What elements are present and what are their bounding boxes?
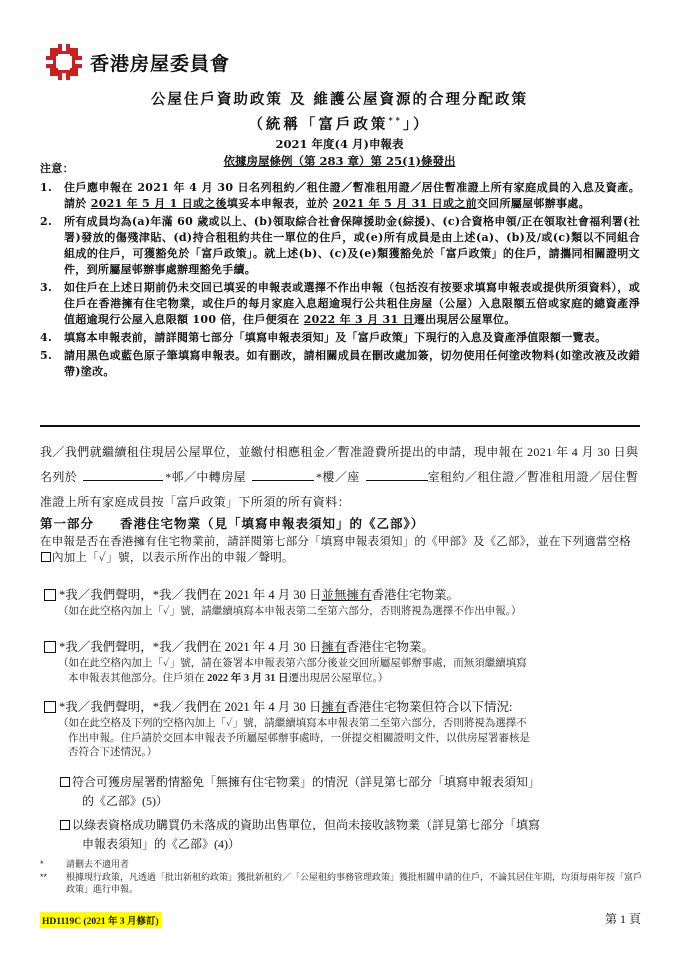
option-note-line: 本申報表其他部分。住戶須在 2022 年 3 月 31 日遷出現居公屋單位。） [58,672,634,687]
section-divider [40,425,640,427]
declaration-option-owns-property-exempt: *我／我們聲明，*我／我們在 2021 年 4 月 30 日擁有香港住宅物業但符… [44,698,644,761]
option-emphasis: 並無擁有 [322,588,372,602]
option-emphasis: 擁有 [322,700,347,714]
note-number: 4. [40,330,64,346]
option-note: （如在此空格內加上「✓」號，請繼續填寫本申報表第二至第六部分，否則將視為選擇不作… [44,605,644,620]
option-note-line: 作出申報。住戶請於交回本申報表予所屬屋邨辦事處時，一併提交相關證明文件，以供房屋… [58,732,634,747]
option-text: *我／我們聲明，*我／我們在 2021 年 4 月 30 日擁有香港住宅物業。 [59,638,434,656]
part1-intro-text: 在申報是否在香港擁有住宅物業前，請詳閱第七部分「填寫申報表須知」的《甲部》及《乙… [40,536,631,548]
option-emphasis: 擁有 [322,640,347,654]
form-page: 香港房屋委員會 公屋住戶資助政策 及 維護公屋資源的合理分配政策 （統稱「富戶政… [0,0,679,960]
note-text-part: 填妥本申報表，並於 [227,197,333,210]
housing-authority-logo-icon [46,44,82,80]
footnote-mark: ** [40,871,66,896]
option-note-line: （如在此空格及下列的空格內加上「✓」號，請繼續填寫本申報表第二至第六部分，否則將… [58,718,527,729]
sub-option-discretionary-exemption: 符合可獲房屋署酌情豁免「無擁有住宅物業」的情況（詳見第七部分「填寫申報表須知」 … [60,773,640,811]
option-statement: *我／我們聲明，*我／我們在 2021 年 4 月 30 日擁有香港住宅物業。 [44,638,644,656]
option-text-part: 香港住宅物業。 [347,640,435,654]
option-text-part: *我／我們聲明，*我／我們在 2021 年 4 月 30 日 [59,588,322,602]
footnotes: * 請刪去不適用者 ** 根據現行政策，凡透過「批出新租約政策」獲批新租約／「公… [40,858,650,896]
option-note: （如在此空格及下列的空格內加上「✓」號，請繼續填寫本申報表第二至第六部分，否則將… [44,717,644,761]
note-number: 5. [40,348,64,380]
option-note-date: 2022 年 3 月 31 日 [207,673,288,684]
note-item: 5. 請用黑色或藍色原子筆填寫申報表。如有刪改，請相關成員在刪改處加簽，切勿使用… [40,348,640,380]
note-item: 3. 如住戶在上述日期前仍未交回已填妥的申報表或選擇不作出申報（包括沒有按要求填… [40,280,640,328]
note-text: 請用黑色或藍色原子筆填寫申報表。如有刪改，請相關成員在刪改處加簽，切勿使用任何塗… [64,348,640,380]
option-statement: *我／我們聲明，*我／我們在 2021 年 4 月 30 日並無擁有香港住宅物業… [44,586,644,604]
note-text-part: 遷出現居公屋單位。 [414,313,516,326]
note-text: 所有成員均為(a)年滿 60 歲或以上、(b)領取綜合社會保障援助金(綜援)、(… [64,214,640,278]
subtitle-footnote-mark: ** [388,115,402,125]
estate-name-field[interactable] [83,467,163,481]
note-move-out-date: 2022 年 3 月 31 日 [304,313,414,326]
form-title-block: 公屋住戶資助政策 及 維護公屋資源的合理分配政策 （統稱「富戶政策**」） 20… [0,90,679,169]
part1-section: 第一部分香港住宅物業（見「填寫申報表須知」的《乙部》） 在申報是否在香港擁有住宅… [40,515,640,566]
footnote-item: ** 根據現行政策，凡透過「批出新租約政策」獲批新租約／「公屋租約事務管理政策」… [40,871,650,896]
sub-option-line: 以綠表資格成功購買仍未落成的資助出售單位，但尚未接收該物業（詳見第七部分「填寫 [72,816,640,835]
checkbox-sample-icon [41,552,51,562]
form-code: HD1119C (2021 年 3 月修訂) [40,912,161,928]
owns-property-exempt-checkbox[interactable] [44,701,56,713]
footnote-item: * 請刪去不適用者 [40,858,650,871]
note-item: 4. 填寫本申報表前，請詳閱第七部分「填寫申報表須知」及「富戶政策」下現行的入息… [40,330,640,346]
footnote-text: 根據現行政策，凡透過「批出新租約政策」獲批新租約／「公屋租約事務管理政策」獲批相… [66,871,650,896]
option-text-part: *我／我們聲明，*我／我們在 2021 年 4 月 30 日 [59,700,322,714]
option-text: *我／我們聲明，*我／我們在 2021 年 4 月 30 日擁有香港住宅物業但符… [59,698,513,716]
note-text: 填寫本申報表前，請詳閱第七部分「填寫申報表須知」及「富戶政策」下現行的入息及資產… [64,330,640,346]
declaration-option-owns-property: *我／我們聲明，*我／我們在 2021 年 4 月 30 日擁有香港住宅物業。 … [44,638,644,686]
option-note: （如在此空格內加上「✓」號，請在簽署本申報表第六部分後並交回所屬屋邨辦事處，而無… [44,657,644,686]
option-note-text: 本申報表其他部分。住戶須在 [68,673,207,684]
part1-title: 香港住宅物業（見「填寫申報表須知」的《乙部》） [120,517,424,531]
subtitle-close: 」） [403,116,431,133]
notes-heading: 注意： [40,161,640,177]
part1-heading: 第一部分香港住宅物業（見「填寫申報表須知」的《乙部》） [40,515,640,533]
option-note-line: 否符合下述情況。） [58,746,634,761]
estate-label: *邨／中轉房屋 [165,470,246,484]
note-date-start: 2021 年 5 月 1 日或之後 [91,197,227,210]
option-note-line: （如在此空格內加上「✓」號，請在簽署本申報表第六部分後並交回所屬屋邨辦事處，而無… [58,658,527,669]
form-subtitle: （統稱「富戶政策**」） [0,110,679,135]
sub-option-text: 符合可獲房屋署酌情豁免「無擁有住宅物業」的情況（詳見第七部分「填寫申報表須知」 … [72,773,640,811]
sub-option-line: 符合可獲房屋署酌情豁免「無擁有住宅物業」的情況（詳見第七部分「填寫申報表須知」 [72,773,640,792]
part1-label: 第一部分 [40,517,94,531]
declaration-option-no-property: *我／我們聲明，*我／我們在 2021 年 4 月 30 日並無擁有香港住宅物業… [44,586,644,620]
part1-intro: 在申報是否在香港擁有住宅物業前，請詳閱第七部分「填寫申報表須知」的《甲部》及《乙… [40,534,640,566]
option-text: *我／我們聲明，*我／我們在 2021 年 4 月 30 日並無擁有香港住宅物業… [59,586,459,604]
green-form-purchase-checkbox[interactable] [60,820,70,830]
subtitle-text: （統稱「富戶政策 [248,116,388,133]
note-text: 住戶應申報在 2021 年 4 月 30 日名列租約／租住證／暫准租用證／居住暫… [64,180,640,212]
option-text-part: 香港住宅物業。 [372,588,460,602]
block-field[interactable] [252,467,314,481]
sub-option-line: 的《乙部》(5)） [72,792,640,811]
note-number: 1. [40,180,64,212]
footnote-mark: * [40,858,66,871]
option-text-part: *我／我們聲明，*我／我們在 2021 年 4 月 30 日 [59,640,322,654]
page-number: 第 1 頁 [605,910,641,927]
note-date-deadline: 2021 年 5 月 31 日或之前 [333,197,477,210]
footnote-text: 請刪去不適用者 [66,858,650,871]
note-text-part: 交回所屬屋邨辦事處。 [477,197,590,210]
notes-section: 注意： 1. 住戶應申報在 2021 年 4 月 30 日名列租約／租住證／暫准… [40,161,640,382]
note-number: 2. [40,214,64,278]
option-note-text: 遷出現居公屋單位。） [289,673,389,684]
option-statement: *我／我們聲明，*我／我們在 2021 年 4 月 30 日擁有香港住宅物業但符… [44,698,644,716]
form-year: 2021 年度(4 月)申報表 [0,136,679,153]
form-title: 公屋住戶資助政策 及 維護公屋資源的合理分配政策 [0,90,679,110]
sub-option-green-form-purchase: 以綠表資格成功購買仍未落成的資助出售單位，但尚未接收該物業（詳見第七部分「填寫 … [60,816,640,854]
sub-option-line: 申報表須知」的《乙部》(4)） [72,835,640,854]
no-property-checkbox[interactable] [44,589,56,601]
part1-intro-text: 內加上「✓」號，以表示所作出的申報／聲明。 [52,552,294,564]
declaration-paragraph: 我／我們就繼續租住現居公屋單位，並繳付相應租金／暫准證費所提出的申請，現申報在 … [40,440,640,515]
note-text: 如住戶在上述日期前仍未交回已填妥的申報表或選擇不作出申報（包括沒有按要求填寫申報… [64,280,640,328]
flat-field[interactable] [366,467,428,481]
owns-property-checkbox[interactable] [44,641,56,653]
option-text-part: 香港住宅物業但符合以下情況: [347,700,513,714]
block-label: *樓／座 [316,470,360,484]
sub-option-text: 以綠表資格成功購買仍未落成的資助出售單位，但尚未接收該物業（詳見第七部分「填寫 … [72,816,640,854]
org-name: 香港房屋委員會 [90,49,230,76]
note-number: 3. [40,280,64,328]
header-logo-row: 香港房屋委員會 [46,44,230,80]
note-item: 1. 住戶應申報在 2021 年 4 月 30 日名列租約／租住證／暫准租用證／… [40,180,640,212]
note-item: 2. 所有成員均為(a)年滿 60 歲或以上、(b)領取綜合社會保障援助金(綜援… [40,214,640,278]
discretionary-exemption-checkbox[interactable] [60,777,70,787]
